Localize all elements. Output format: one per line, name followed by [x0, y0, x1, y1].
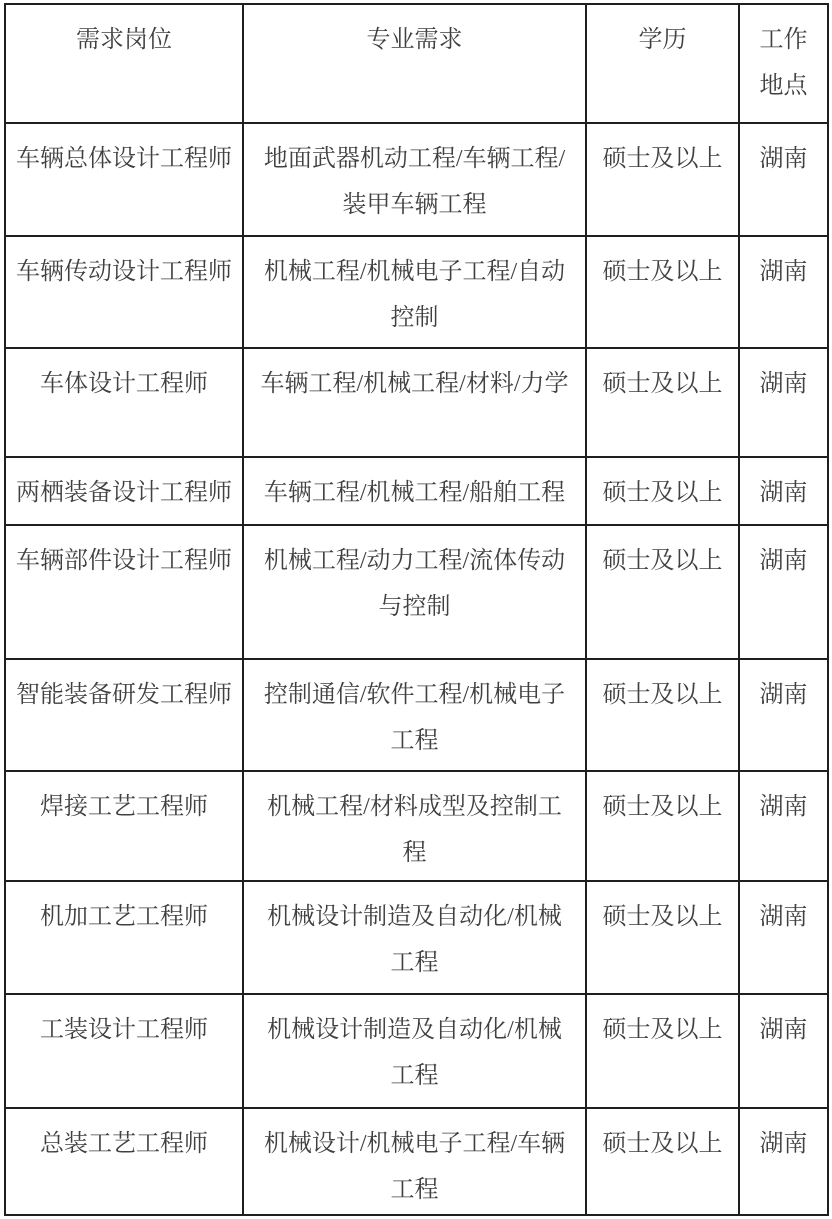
cell-position: 车辆部件设计工程师 [5, 525, 243, 659]
cell-position: 车体设计工程师 [5, 348, 243, 457]
cell-location: 湖南 [739, 1108, 828, 1215]
header-row: 需求岗位 专业需求 学历 工作地点 [5, 4, 828, 123]
header-location: 工作地点 [739, 4, 828, 123]
cell-education: 硕士及以上 [586, 123, 739, 236]
table-row: 焊接工艺工程师 机械工程/材料成型及控制工程 硕士及以上 湖南 [5, 771, 828, 881]
cell-major: 机械工程/动力工程/流体传动与控制 [243, 525, 586, 659]
header-major: 专业需求 [243, 4, 586, 123]
cell-major: 控制通信/软件工程/机械电子工程 [243, 659, 586, 771]
table-header: 需求岗位 专业需求 学历 工作地点 [5, 4, 828, 123]
cell-position: 智能装备研发工程师 [5, 659, 243, 771]
cell-location: 湖南 [739, 771, 828, 881]
cell-location: 湖南 [739, 236, 828, 348]
cell-major: 机械设计制造及自动化/机械工程 [243, 881, 586, 994]
cell-position: 车辆传动设计工程师 [5, 236, 243, 348]
table-row: 智能装备研发工程师 控制通信/软件工程/机械电子工程 硕士及以上 湖南 [5, 659, 828, 771]
cell-education: 硕士及以上 [586, 659, 739, 771]
header-position: 需求岗位 [5, 4, 243, 123]
cell-location: 湖南 [739, 457, 828, 525]
table-row: 车体设计工程师 车辆工程/机械工程/材料/力学 硕士及以上 湖南 [5, 348, 828, 457]
table-row: 两栖装备设计工程师 车辆工程/机械工程/船舶工程 硕士及以上 湖南 [5, 457, 828, 525]
cell-major: 机械工程/机械电子工程/自动控制 [243, 236, 586, 348]
cell-education: 硕士及以上 [586, 348, 739, 457]
cell-location: 湖南 [739, 123, 828, 236]
table-row: 车辆部件设计工程师 机械工程/动力工程/流体传动与控制 硕士及以上 湖南 [5, 525, 828, 659]
cell-position: 工装设计工程师 [5, 994, 243, 1108]
table-row: 机加工艺工程师 机械设计制造及自动化/机械工程 硕士及以上 湖南 [5, 881, 828, 994]
cell-education: 硕士及以上 [586, 994, 739, 1108]
cell-education: 硕士及以上 [586, 771, 739, 881]
cell-location: 湖南 [739, 659, 828, 771]
cell-position: 总装工艺工程师 [5, 1108, 243, 1215]
table-row: 总装工艺工程师 机械设计/机械电子工程/车辆工程 硕士及以上 湖南 [5, 1108, 828, 1215]
job-requirements-table: 需求岗位 专业需求 学历 工作地点 车辆总体设计工程师 地面武器机动工程/车辆工… [4, 3, 829, 1216]
cell-major: 地面武器机动工程/车辆工程/装甲车辆工程 [243, 123, 586, 236]
table-row: 车辆传动设计工程师 机械工程/机械电子工程/自动控制 硕士及以上 湖南 [5, 236, 828, 348]
table-body: 车辆总体设计工程师 地面武器机动工程/车辆工程/装甲车辆工程 硕士及以上 湖南 … [5, 123, 828, 1215]
cell-location: 湖南 [739, 881, 828, 994]
cell-position: 焊接工艺工程师 [5, 771, 243, 881]
cell-position: 机加工艺工程师 [5, 881, 243, 994]
cell-position: 车辆总体设计工程师 [5, 123, 243, 236]
cell-major: 车辆工程/机械工程/材料/力学 [243, 348, 586, 457]
cell-major: 机械设计/机械电子工程/车辆工程 [243, 1108, 586, 1215]
cell-education: 硕士及以上 [586, 881, 739, 994]
cell-major: 机械工程/材料成型及控制工程 [243, 771, 586, 881]
cell-major: 车辆工程/机械工程/船舶工程 [243, 457, 586, 525]
cell-education: 硕士及以上 [586, 457, 739, 525]
cell-major: 机械设计制造及自动化/机械工程 [243, 994, 586, 1108]
cell-location: 湖南 [739, 348, 828, 457]
table-row: 车辆总体设计工程师 地面武器机动工程/车辆工程/装甲车辆工程 硕士及以上 湖南 [5, 123, 828, 236]
cell-location: 湖南 [739, 525, 828, 659]
header-education: 学历 [586, 4, 739, 123]
cell-position: 两栖装备设计工程师 [5, 457, 243, 525]
cell-location: 湖南 [739, 994, 828, 1108]
cell-education: 硕士及以上 [586, 525, 739, 659]
cell-education: 硕士及以上 [586, 236, 739, 348]
cell-education: 硕士及以上 [586, 1108, 739, 1215]
table-row: 工装设计工程师 机械设计制造及自动化/机械工程 硕士及以上 湖南 [5, 994, 828, 1108]
